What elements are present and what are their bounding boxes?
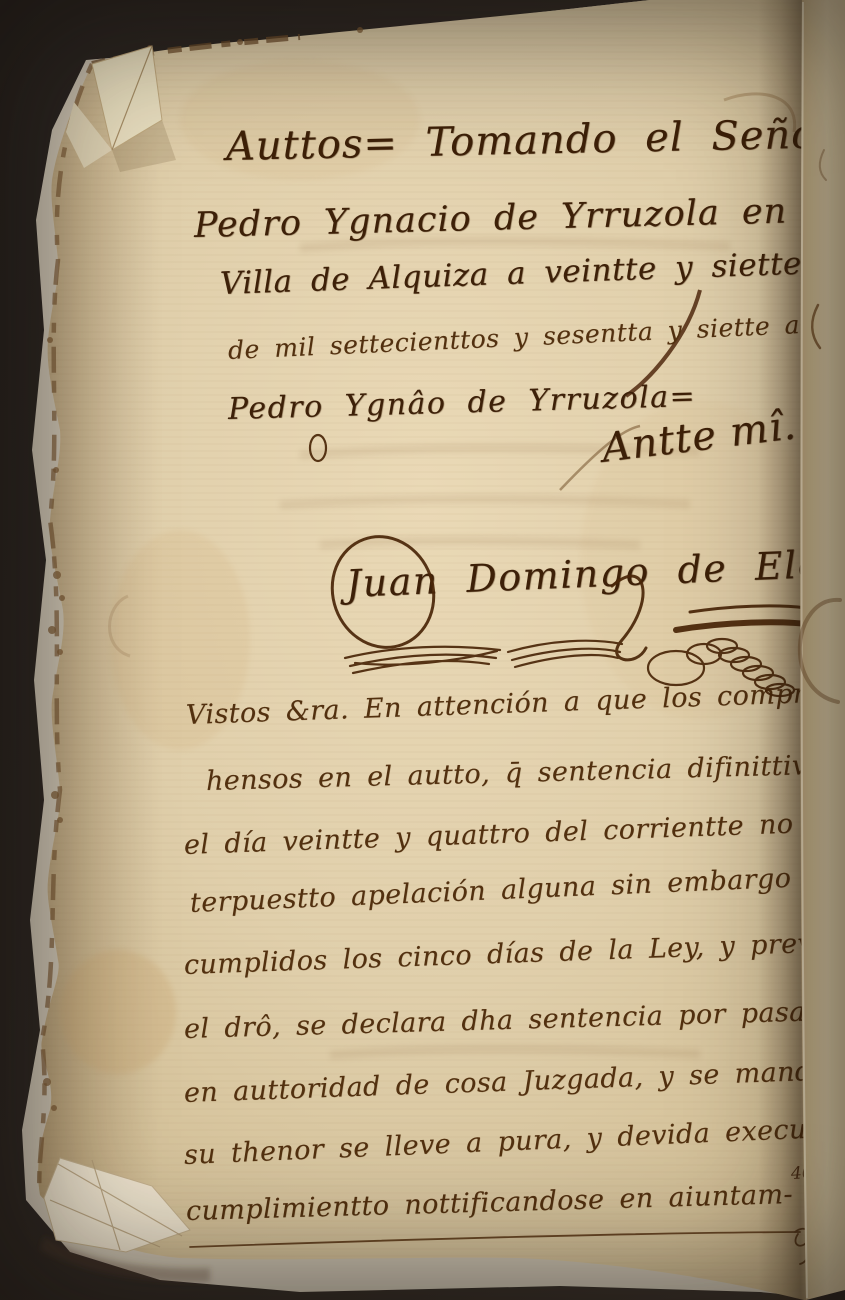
body-line-6: el drô, se declara dha sentencia por pas… <box>184 996 841 1045</box>
body-line-9: cumplimientto nottificandose en aiuntam- <box>186 1179 794 1227</box>
adjacent-page-edge <box>800 0 845 1300</box>
folio-number: 40 <box>790 1163 813 1184</box>
opening-line-4: de mil settecienttos y sesentta y siette… <box>227 307 845 365</box>
paper-artwork <box>0 0 845 1300</box>
closing-rule <box>190 1229 810 1264</box>
body-line-8: su thenor se lleve a pura, y devida exec… <box>183 1110 845 1171</box>
handwriting-layer: Auttos= Tomando el Señor Alcalde Pedro Y… <box>0 0 845 1300</box>
alcalde-signature: Pedro Ygnâo de Yrruzola= <box>228 379 697 427</box>
corner-fold <box>66 46 176 172</box>
attestation-line: Antte mî. <box>599 402 799 471</box>
opening-line-1: Auttos= Tomando el Señor Alcalde <box>226 107 845 170</box>
corner-crumple <box>40 1158 210 1282</box>
body-line-2: hensos en el autto, q̄ sentencia difinit… <box>206 749 845 797</box>
photo-vignette <box>0 0 845 1300</box>
opening-line-3: Villa de Alquiza a veintte y siette de O… <box>219 240 845 302</box>
body-line-3: el día veintte y quattro del corrientte … <box>183 805 845 861</box>
page-under-sheet <box>22 0 845 1300</box>
opening-line-2: Pedro Ygnacio de Yrruzola en esta <box>194 189 845 246</box>
edge-crust-spots <box>43 27 363 1111</box>
signature-rubric <box>310 435 814 696</box>
rubric-artwork <box>0 0 845 1300</box>
notary-signature: Juan Domingo de Elola <box>345 540 845 605</box>
body-line-4: terpuestto apelación alguna sin embargo … <box>189 861 841 919</box>
manuscript-photo: Auttos= Tomando el Señor Alcalde Pedro Y… <box>0 0 845 1300</box>
gutter-shadow <box>758 0 808 1300</box>
adjacent-page-marks <box>800 150 840 702</box>
body-line-1: Vistos &ra. En attención a que los compr… <box>185 677 832 731</box>
top-deckle-edge <box>92 37 300 64</box>
left-deckle-edge <box>39 64 92 1195</box>
body-line-5: cumplidos los cinco días de la Ley, y pr… <box>183 926 845 981</box>
body-line-7: en auttoridad de cosa Juzgada, y se mand… <box>183 1053 845 1109</box>
document-page <box>38 0 845 1300</box>
gutter-artwork <box>0 0 845 1300</box>
